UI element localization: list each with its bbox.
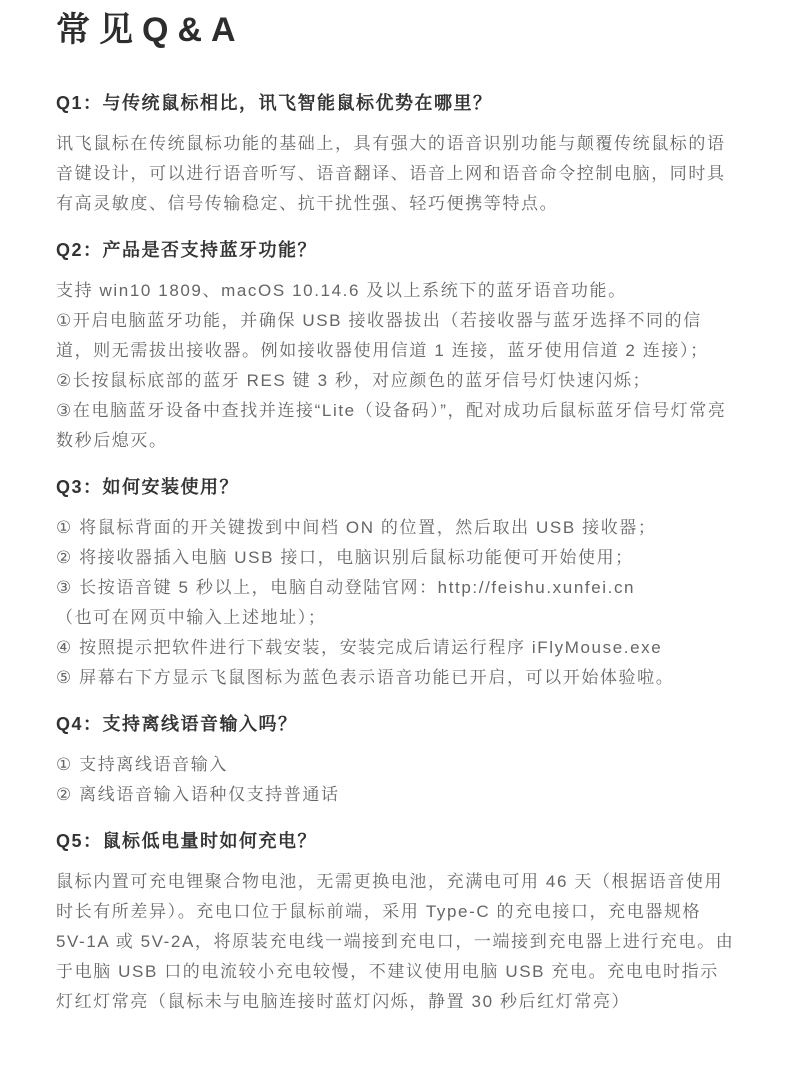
answer-q1: 讯飞鼠标在传统鼠标功能的基础上，具有强大的语音识别功能与颠覆传统鼠标的语音键设计… (56, 129, 736, 219)
question-heading-q1: Q1：与传统鼠标相比，讯飞智能鼠标优势在哪里？ (56, 92, 736, 115)
answer-step-3-with-url: ③ 长按语音键 5 秒以上，电脑自动登陆官网：http://feishu.xun… (56, 573, 736, 603)
answer-paragraph: 讯飞鼠标在传统鼠标功能的基础上，具有强大的语音识别功能与颠覆传统鼠标的语音键设计… (56, 129, 736, 219)
answer-paragraph: 鼠标内置可充电锂聚合物电池，无需更换电池，充满电可用 46 天（根据语音使用时长… (56, 867, 736, 1017)
faq-section-q5: Q5：鼠标低电量时如何充电？ 鼠标内置可充电锂聚合物电池，无需更换电池，充满电可… (56, 830, 736, 1017)
answer-step-4: ④ 按照提示把软件进行下载安装，安装完成后请运行程序 iFlyMouse.exe (56, 633, 736, 663)
question-heading-q2: Q2：产品是否支持蓝牙功能？ (56, 239, 736, 262)
answer-q5: 鼠标内置可充电锂聚合物电池，无需更换电池，充满电可用 46 天（根据语音使用时长… (56, 867, 736, 1017)
faq-section-q4: Q4：支持离线语音输入吗？ ① 支持离线语音输入 ② 离线语音输入语种仅支持普通… (56, 713, 736, 810)
answer-step-1: ① 支持离线语音输入 (56, 750, 736, 780)
faq-section-q1: Q1：与传统鼠标相比，讯飞智能鼠标优势在哪里？ 讯飞鼠标在传统鼠标功能的基础上，… (56, 92, 736, 219)
question-heading-q4: Q4：支持离线语音输入吗？ (56, 713, 736, 736)
answer-step-3-note: （也可在网页中输入上述地址）； (56, 603, 736, 633)
faq-section-q2: Q2：产品是否支持蓝牙功能？ 支持 win10 1809、macOS 10.14… (56, 239, 736, 456)
answer-step-5: ⑤ 屏幕右下方显示飞鼠图标为蓝色表示语音功能已开启，可以开始体验啦。 (56, 663, 736, 693)
answer-step-2: ②长按鼠标底部的蓝牙 RES 键 3 秒，对应颜色的蓝牙信号灯快速闪烁； (56, 366, 736, 396)
answer-q4: ① 支持离线语音输入 ② 离线语音输入语种仅支持普通话 (56, 750, 736, 810)
answer-line: 支持 win10 1809、macOS 10.14.6 及以上系统下的蓝牙语音功… (56, 276, 736, 306)
answer-step-1: ① 将鼠标背面的开关键拨到中间档 ON 的位置，然后取出 USB 接收器； (56, 513, 736, 543)
question-heading-q3: Q3：如何安装使用？ (56, 476, 736, 499)
answer-step-3: ③在电脑蓝牙设备中查找并连接“Lite（设备码）”，配对成功后鼠标蓝牙信号灯常亮… (56, 396, 736, 456)
answer-q3: ① 将鼠标背面的开关键拨到中间档 ON 的位置，然后取出 USB 接收器； ② … (56, 513, 736, 693)
faq-document-page: 常见Q&A Q1：与传统鼠标相比，讯飞智能鼠标优势在哪里？ 讯飞鼠标在传统鼠标功… (0, 0, 790, 1068)
answer-q2: 支持 win10 1809、macOS 10.14.6 及以上系统下的蓝牙语音功… (56, 276, 736, 456)
answer-step-1: ①开启电脑蓝牙功能，并确保 USB 接收器拔出（若接收器与蓝牙选择不同的信道，则… (56, 306, 736, 366)
question-heading-q5: Q5：鼠标低电量时如何充电？ (56, 830, 736, 853)
faq-section-q3: Q3：如何安装使用？ ① 将鼠标背面的开关键拨到中间档 ON 的位置，然后取出 … (56, 476, 736, 693)
answer-step-2: ② 将接收器插入电脑 USB 接口，电脑识别后鼠标功能便可开始使用； (56, 543, 736, 573)
answer-step-2: ② 离线语音输入语种仅支持普通话 (56, 780, 736, 810)
page-title: 常见Q&A (56, 8, 736, 52)
